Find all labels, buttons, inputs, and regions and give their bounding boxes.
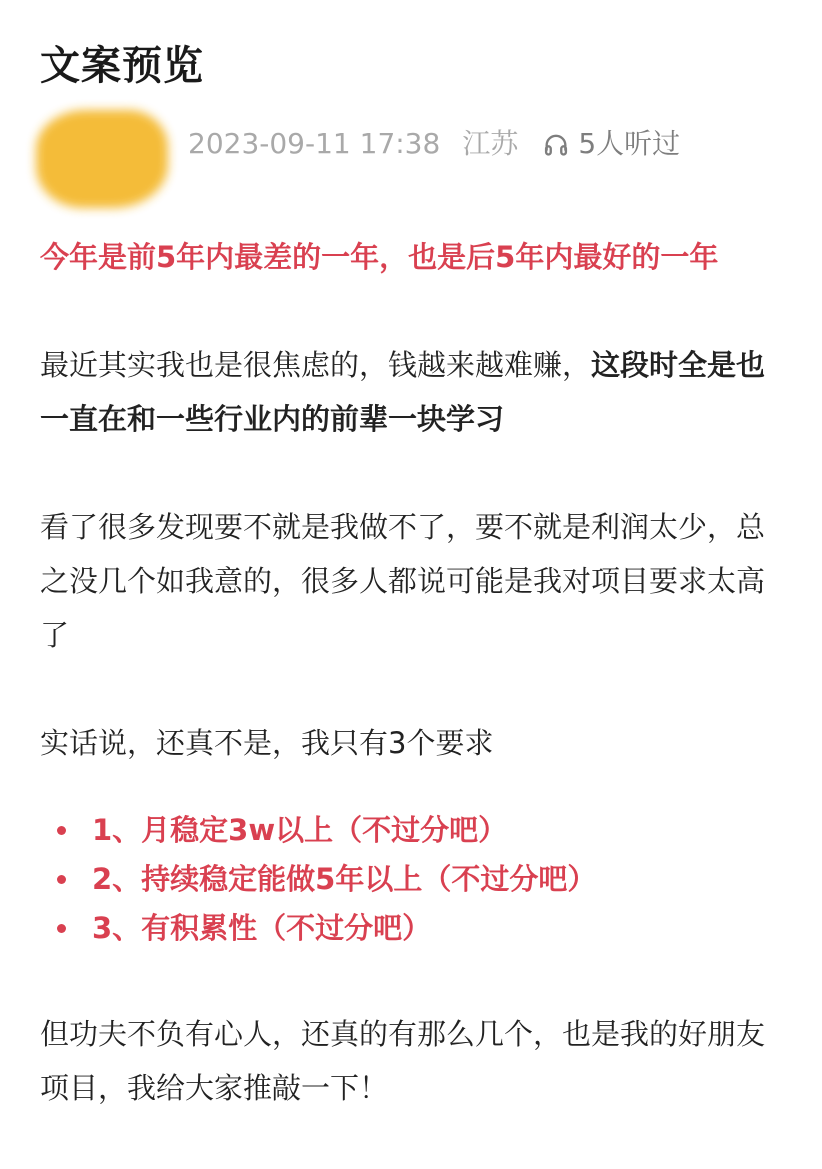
redacted-author-avatar [36,110,168,208]
article-body: 今年是前5年内最差的一年，也是后5年内最好的一年 最近其实我也是很焦虑的，钱越来… [40,230,790,1169]
listen-count-badge: 5人听过 [542,127,680,161]
article-headline: 今年是前5年内最差的一年，也是后5年内最好的一年 [40,230,790,284]
requirement-text: 2、持续稳定能做5年以上（不过分吧） [92,855,596,904]
article-preview-page: 文案预览 2023-09-11 17:38 江苏 5人听过 今年是前5年内最差的… [0,0,822,1169]
publish-datetime: 2023-09-11 17:38 [188,127,440,161]
paragraph-3: 实话说，还真不是，我只有3个要求 [40,716,790,770]
requirement-item: 3、有积累性（不过分吧） [40,904,790,953]
bullet-icon [57,875,66,884]
paragraph-1-normal: 最近其实我也是很焦虑的，钱越来越难赚， [40,348,591,382]
meta-info: 2023-09-11 17:38 江苏 5人听过 [188,127,680,161]
bullet-icon [57,924,66,933]
headphone-icon [542,130,570,158]
requirement-item: 1、月稳定3w以上（不过分吧） [40,806,790,855]
requirement-text: 3、有积累性（不过分吧） [92,904,431,953]
publish-region: 江苏 [462,127,518,161]
article-meta-row: 2023-09-11 17:38 江苏 5人听过 [36,105,796,205]
paragraph-4: 但功夫不负有心人，还真的有那么几个，也是我的好朋友项目，我给大家推敲一下！ [40,1007,790,1115]
paragraph-2: 看了很多发现要不就是我做不了，要不就是利润太少，总之没几个如我意的，很多人都说可… [40,500,790,662]
page-title: 文案预览 [40,40,204,92]
listen-count: 5人听过 [578,127,680,161]
requirement-text: 1、月稳定3w以上（不过分吧） [92,806,507,855]
requirement-item: 2、持续稳定能做5年以上（不过分吧） [40,855,790,904]
bullet-icon [57,826,66,835]
requirements-list: 1、月稳定3w以上（不过分吧） 2、持续稳定能做5年以上（不过分吧） 3、有积累… [40,806,790,953]
paragraph-1: 最近其实我也是很焦虑的，钱越来越难赚，这段时全是也一直在和一些行业内的前辈一块学… [40,338,790,446]
